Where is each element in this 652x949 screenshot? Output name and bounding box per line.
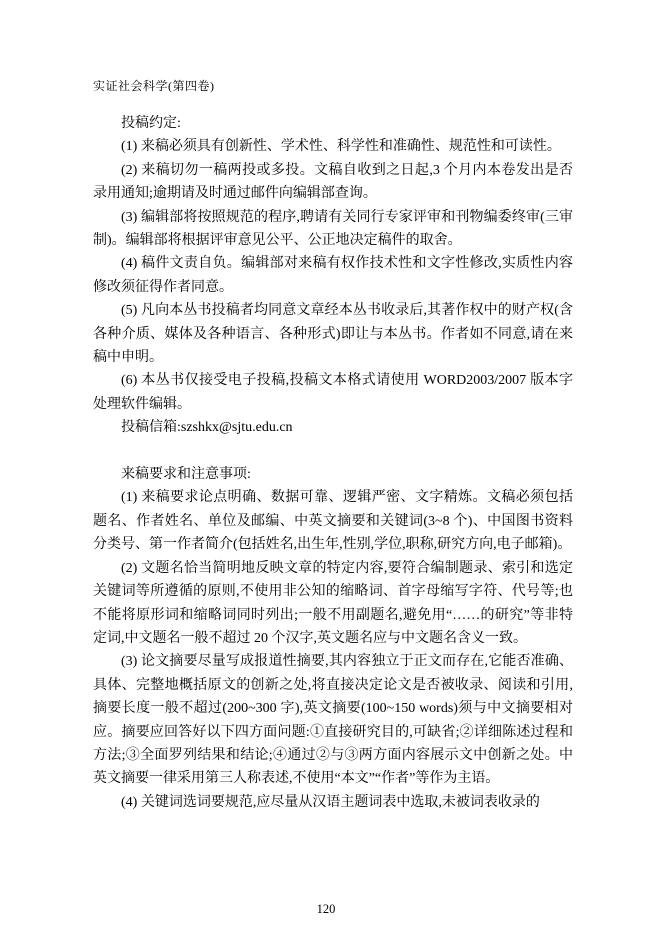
paragraph: (1) 来稿要求论点明确、数据可靠、逻辑严密、文字精炼。文稿必须包括题名、作者姓… [93, 486, 573, 556]
paragraph: (3) 论文摘要尽量写成报道性摘要,其内容独立于正文而存在,它能否准确、具体、完… [93, 650, 573, 790]
paragraph: (4) 关键词选词要规范,应尽量从汉语主题词表中选取,未被词表收录的 [93, 791, 573, 814]
paragraph: (6) 本丛书仅接受电子投稿,投稿文本格式请使用 WORD2003/2007 版… [93, 369, 573, 416]
paragraph: (2) 文题名恰当简明地反映文章的特定内容,要符合编制题录、索引和选定关键词等所… [93, 557, 573, 651]
paragraph: (2) 来稿切勿一稿两投或多投。文稿自收到之日起,3 个月内本卷发出是否录用通知… [93, 159, 573, 206]
running-header: 实证社会科学(第四卷) [93, 79, 215, 93]
section-2-heading: 来稿要求和注意事项: [93, 463, 573, 486]
paragraph: (5) 凡向本丛书投稿者均同意文章经本丛书收录后,其著作权中的财产权(含各种介质… [93, 299, 573, 369]
document-page: 实证社会科学(第四卷) 投稿约定: (1) 来稿必须具有创新性、学术性、科学性和… [0, 0, 652, 949]
paragraph: (4) 稿件文责自负。编辑部对来稿有权作技术性和文字性修改,实质性内容修改须征得… [93, 252, 573, 299]
section-1-heading: 投稿约定: [93, 112, 573, 135]
paragraph: (3) 编辑部将按照规范的程序,聘请有关同行专家评审和刊物编委终审(三审制)。编… [93, 206, 573, 253]
page-content: 投稿约定: (1) 来稿必须具有创新性、学术性、科学性和准确性、规范性和可读性。… [93, 112, 573, 814]
page-number: 120 [0, 902, 652, 917]
submission-email-line: 投稿信箱:szshkx@sjtu.edu.cn [93, 416, 573, 439]
paragraph: (1) 来稿必须具有创新性、学术性、科学性和准确性、规范性和可读性。 [93, 135, 573, 158]
